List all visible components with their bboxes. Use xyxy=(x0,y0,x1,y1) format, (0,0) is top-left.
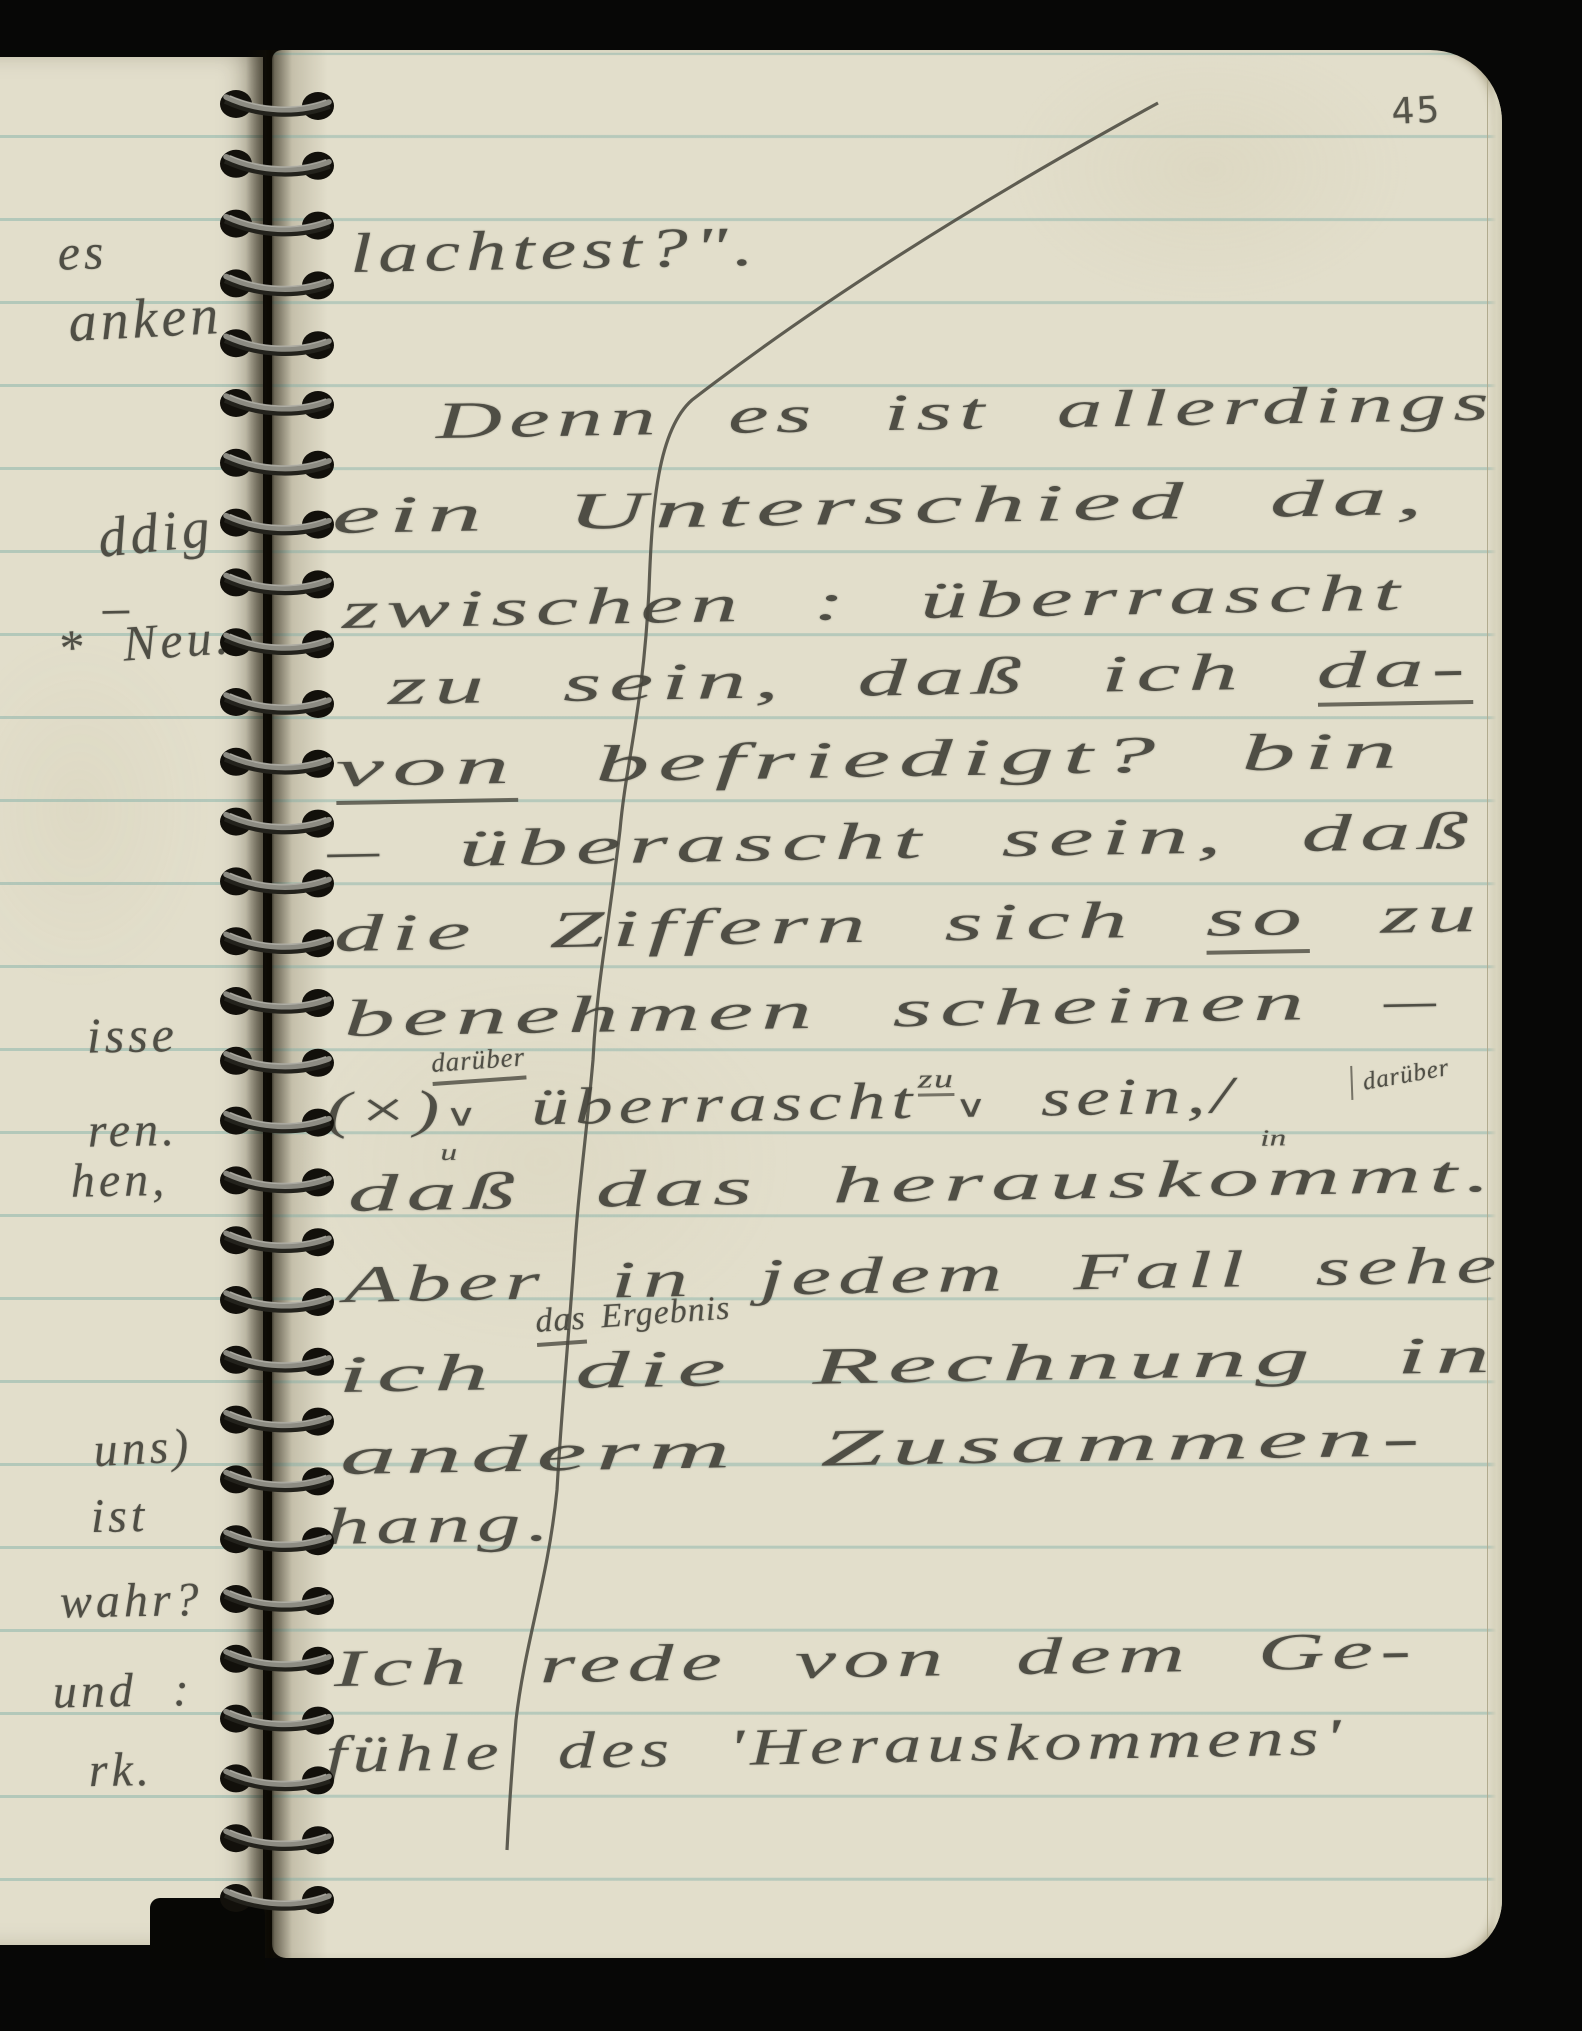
manuscript-line-1: lachtest?". xyxy=(349,215,760,286)
left-fragment: ren. xyxy=(87,1102,178,1159)
variant-marker: (×) xyxy=(325,1081,445,1140)
left-fragment: und : xyxy=(52,1662,193,1719)
left-fragment: ddig xyxy=(95,495,217,571)
gutter-shadow-bottom xyxy=(150,1898,265,1970)
left-fragment: es xyxy=(57,222,109,282)
underlined-das: das xyxy=(534,1300,587,1347)
left-fragment: * Neu. xyxy=(56,607,234,677)
left-fragment: wahr? xyxy=(60,1572,204,1629)
underlined-da: da- xyxy=(1316,640,1473,707)
gutter-shadow xyxy=(246,50,292,1958)
left-fragment: isse xyxy=(86,1005,178,1065)
insertion-zu: zu xyxy=(917,1064,954,1097)
left-fragment: ist xyxy=(90,1488,148,1544)
line-8-text-end: zu xyxy=(1309,886,1485,946)
manuscript-line-15: hang. xyxy=(325,1494,556,1557)
caret-mark: ∨ xyxy=(955,1090,988,1124)
underlined-so: so xyxy=(1205,889,1310,955)
caret-mark: ∨ xyxy=(445,1099,478,1133)
submark-u: u xyxy=(440,1140,457,1166)
left-fragment: uns) xyxy=(92,1418,193,1478)
page-number: 45 xyxy=(1390,89,1442,133)
underlined-von: von xyxy=(335,738,518,805)
left-page: es anken ddig – * Neu. isse ren. hen, un… xyxy=(0,57,263,1945)
line-10-text: überrascht xyxy=(531,1073,919,1137)
left-fragment: hen, xyxy=(70,1152,168,1209)
line-10-text-end: sein,/ xyxy=(986,1067,1238,1128)
left-fragment: anken xyxy=(67,283,224,355)
notebook-photo: es anken ddig – * Neu. isse ren. hen, un… xyxy=(0,0,1582,2031)
left-fragment: rk. xyxy=(88,1742,153,1798)
